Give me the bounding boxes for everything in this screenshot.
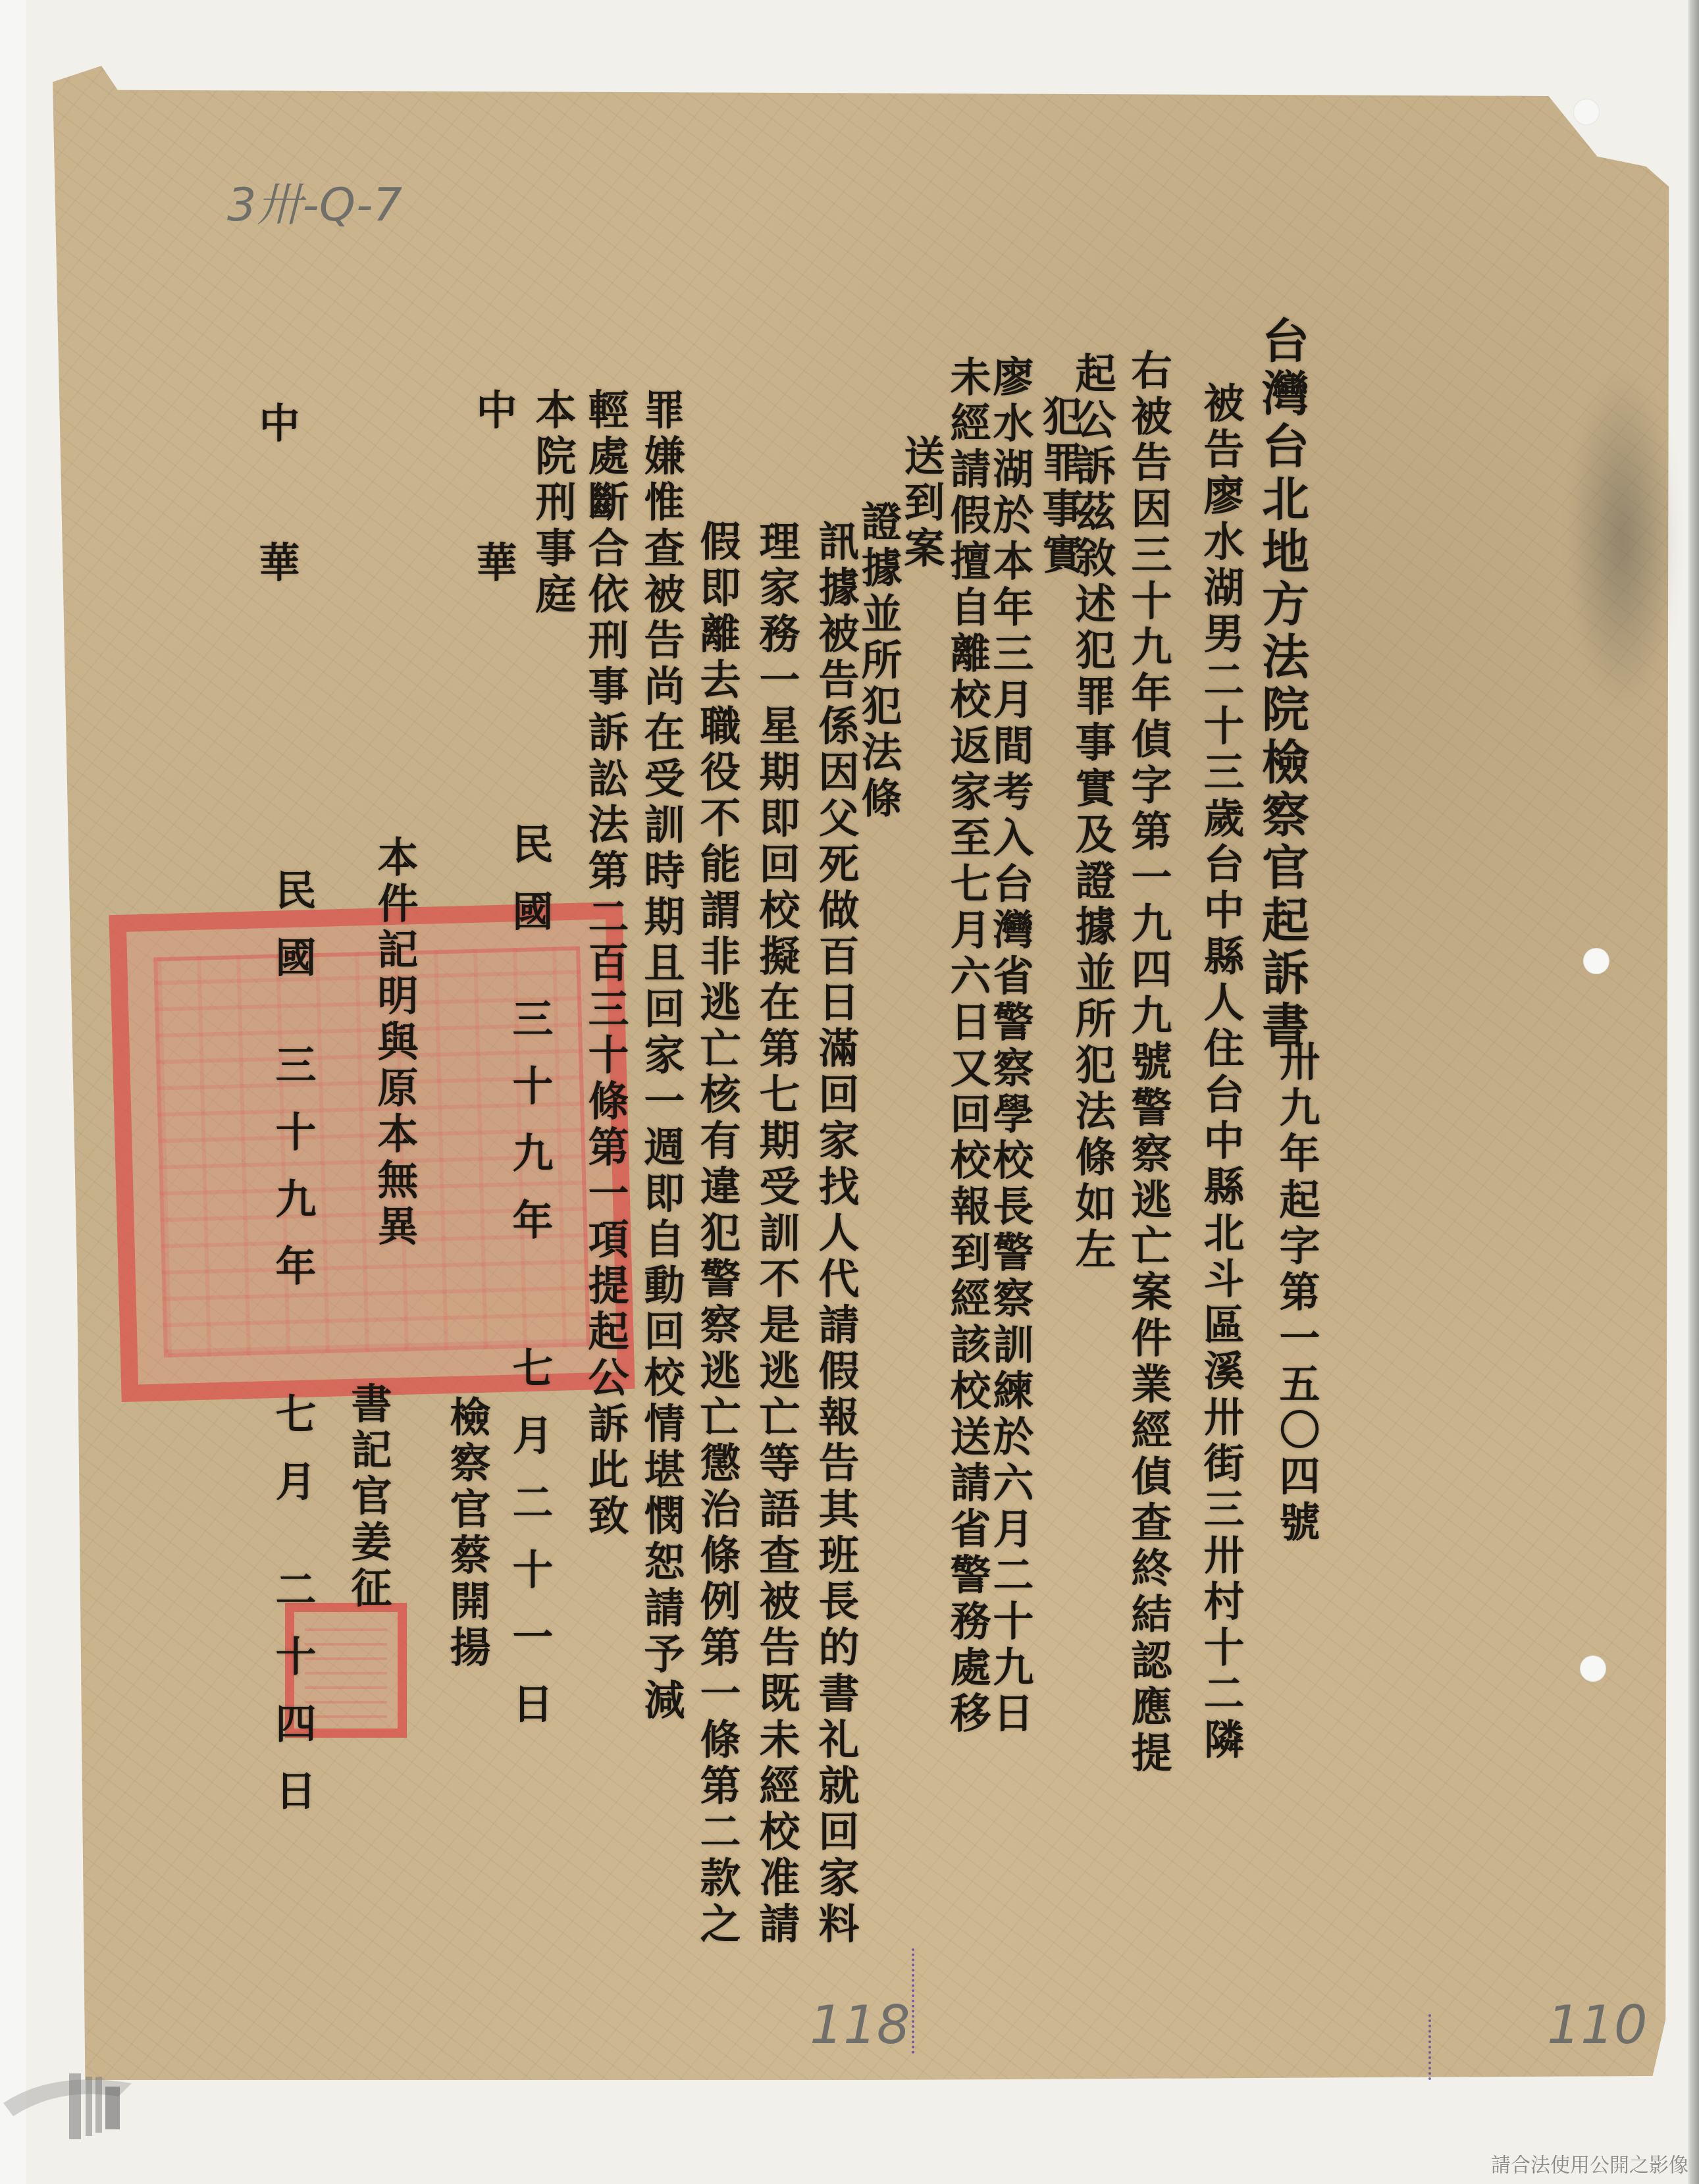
prosecutor-signature: 檢察官蔡開揚 (438, 1395, 496, 1672)
body-line-7: 理家務一星期即回校擬在第七期受訓不是逃亡等語查被告既未經校准請 (747, 520, 806, 1948)
date-line-upper: 中華 (464, 388, 523, 694)
punch-hole-icon (1580, 1655, 1606, 1682)
certification-note: 本件記明與原本無異 (365, 836, 424, 1251)
usage-watermark: 請合法使用公開之影像 (1491, 2148, 1688, 2177)
archive-logo-icon (0, 2050, 165, 2143)
case-number: 卅九年起字第一五〇四號 (1267, 1040, 1326, 1547)
clerk-signature: 書記官姜征 (339, 1382, 398, 1613)
body-line-1: 右被告因三十九年偵字第一九四九號警察逃亡案件業經偵查終結認應提 (1119, 349, 1178, 1777)
body-line-9: 罪嫌惟查被告尚在受訓時期且回家一週即自動回校情堪憫恕請予減 (632, 388, 691, 1725)
addressee-court: 本院刑事庭 (523, 388, 582, 619)
body-line-8: 假即離去職役不能謂非逃亡核有違犯警察逃亡懲治條例第一條第二款之 (688, 520, 746, 1948)
pencil-page-number: 118 (810, 1994, 910, 2056)
pencil-archive-mark: 3卅-Q-7 (227, 168, 402, 234)
defendant-info: 被告廖水湖男二十三歲台中縣人住台中縣北斗區溪卅街三卅村十二隣 (1191, 382, 1250, 1764)
document-title: 台灣台北地方法院檢察官起訴書 (1247, 316, 1316, 1053)
mount-edge (1688, 0, 1699, 2184)
date-line-left: 中華 (247, 402, 305, 681)
purple-stamp-trace (912, 1948, 914, 2054)
date-main: 民國 三十九年 七月二十一日 (500, 823, 559, 1750)
body-line-10: 輕處斷合依刑事訴訟法第二百三十條第一項提起公訴此致 (576, 388, 635, 1540)
punch-hole-icon (1573, 99, 1600, 125)
punch-hole-icon (1583, 948, 1609, 974)
pencil-folio-number: 110 (1547, 1994, 1648, 2056)
water-stain (1567, 369, 1679, 711)
body-line-6: 訊據被告係因父死做百日滿回家找人代請假報告其班長的書礼就回家料 (806, 520, 865, 1948)
purple-stamp-trace (1428, 2014, 1431, 2080)
date-clerk: 民國 三十九年 七月 二十四日 (263, 869, 322, 1836)
